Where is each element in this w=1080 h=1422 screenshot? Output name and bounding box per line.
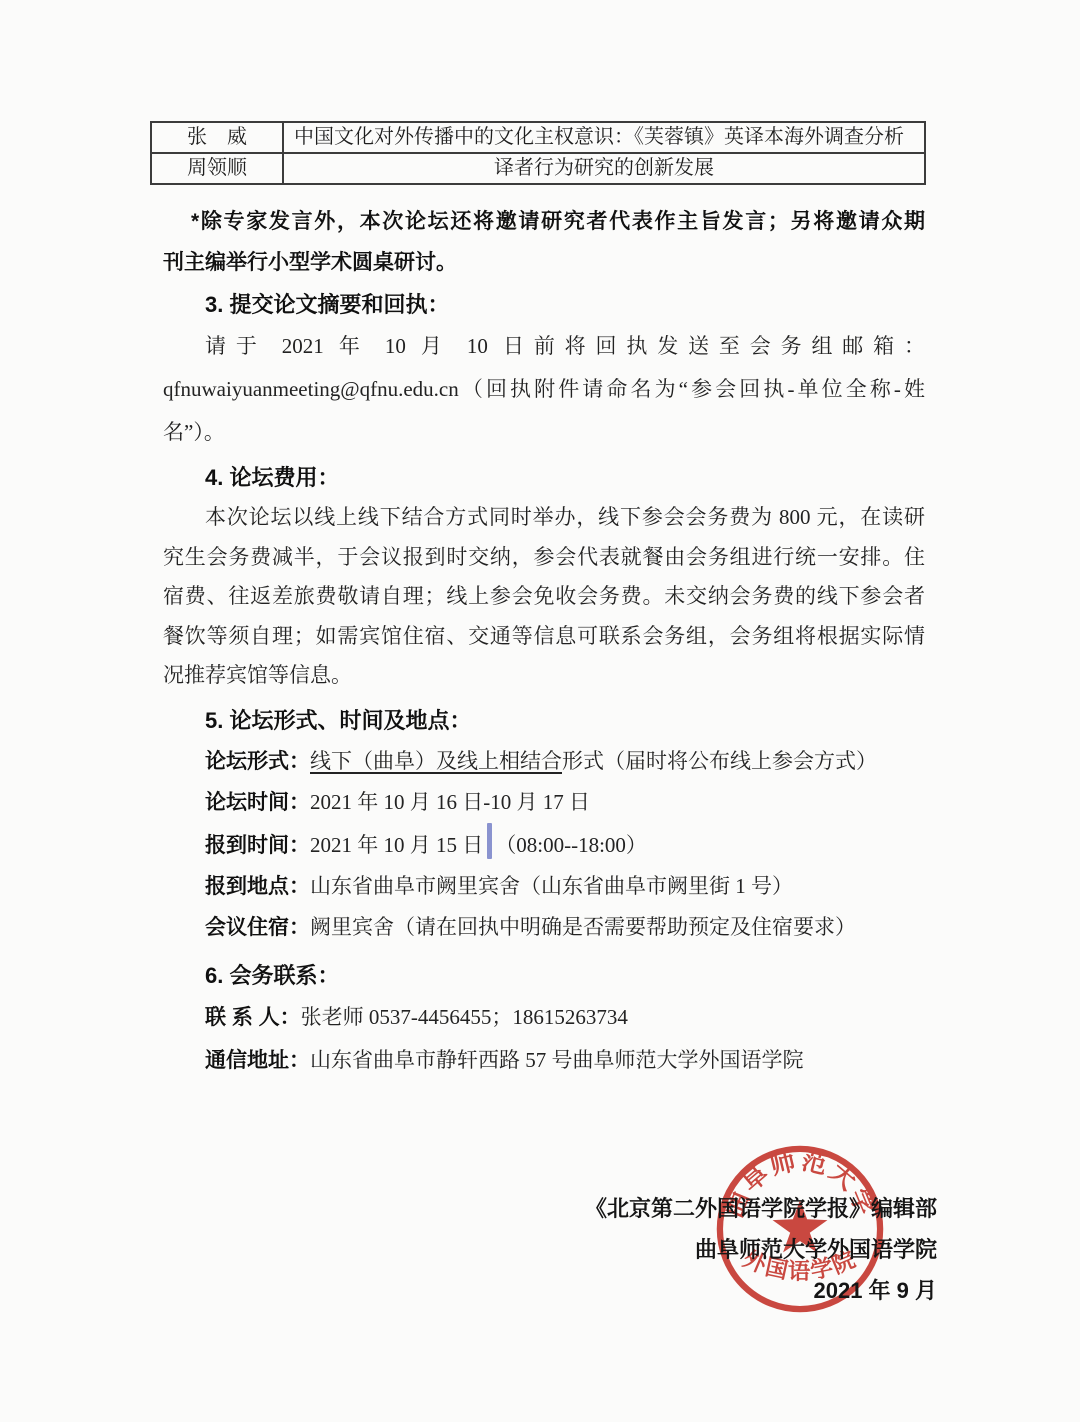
paragraph-line: 刊主编举行小型学术圆桌研讨。 bbox=[163, 242, 925, 283]
table-row: 周领顺 译者行为研究的创新发展 bbox=[151, 153, 925, 184]
topic-cell: 中国文化对外传播中的文化主权意识：《芙蓉镇》英译本海外调查分析 bbox=[283, 122, 925, 153]
forum-format-row: 论坛形式：线下（曲阜）及线上相结合形式（届时将公布线上参会方式） bbox=[205, 741, 925, 782]
paragraph-line: *除专家发言外，本次论坛还将邀请研究者代表作主旨发言；另将邀请众期 bbox=[163, 201, 925, 242]
signature-block: 《北京第二外国语学院学报》编辑部 曲阜师范大学外国语学院 2021 年 9 月 bbox=[163, 1188, 937, 1311]
mail-address-row: 通信地址：山东省曲阜市静轩西路 57 号曲阜师范大学外国语学院 bbox=[205, 1039, 925, 1082]
document-page: 曲阜师范大学 外国语学院 张 威 中国文化对外传播中的文化主权意识：《芙蓉镇》英… bbox=[0, 0, 1080, 1422]
paragraph-line: 宿费、往返差旅费敬请自理；线上参会免收会务费。未交纳会务费的线下参会者 bbox=[163, 577, 925, 617]
lodging-label: 会议住宿： bbox=[205, 916, 310, 939]
checkin-time-hours: （08:00--18:00） bbox=[495, 833, 647, 857]
forum-time-value: 2021 年 10 月 16 日-10 月 17 日 bbox=[310, 790, 590, 814]
paragraph-line: 究生会务费减半，于会议报到时交纳，参会代表就餐由会务组进行统一安排。住 bbox=[163, 538, 925, 578]
note-paragraph: *除专家发言外，本次论坛还将邀请研究者代表作主旨发言；另将邀请众期 刊主编举行小… bbox=[163, 201, 925, 283]
section-heading-contact: 6. 会务联系： bbox=[205, 956, 925, 996]
text-cursor bbox=[487, 823, 492, 859]
forum-time-row: 论坛时间：2021 年 10 月 16 日-10 月 17 日 bbox=[205, 782, 925, 823]
mail-address-label: 通信地址： bbox=[205, 1049, 310, 1072]
section-heading-format-time-place: 5. 论坛形式、时间及地点： bbox=[205, 701, 925, 741]
contact-person-label: 联 系 人： bbox=[205, 1006, 301, 1029]
paragraph-line: 本次论坛以线上线下结合方式同时举办，线下参会会务费为 800 元，在读研 bbox=[163, 498, 925, 538]
checkin-time-date: 2021 年 10 月 15 日 bbox=[310, 833, 483, 857]
contact-block: 联 系 人：张老师 0537-4456455；18615263734 通信地址：… bbox=[163, 996, 925, 1082]
checkin-place-row: 报到地点：山东省曲阜市阙里宾舍（山东省曲阜市阙里街 1 号） bbox=[205, 866, 925, 907]
mail-address-value: 山东省曲阜市静轩西路 57 号曲阜师范大学外国语学院 bbox=[310, 1048, 804, 1072]
topic-cell: 译者行为研究的创新发展 bbox=[283, 153, 925, 184]
section-heading-submission: 3. 提交论文摘要和回执： bbox=[205, 285, 925, 325]
fees-paragraph: 本次论坛以线上线下结合方式同时举办，线下参会会务费为 800 元，在读研 究生会… bbox=[163, 498, 925, 696]
forum-format-label: 论坛形式： bbox=[205, 750, 310, 773]
document-body: 张 威 中国文化对外传播中的文化主权意识：《芙蓉镇》英译本海外调查分析 周领顺 … bbox=[163, 121, 925, 1311]
forum-format-underlined: 线下（曲阜）及线上相结合 bbox=[310, 749, 562, 773]
signature-line-school: 曲阜师范大学外国语学院 bbox=[163, 1229, 937, 1270]
speakers-table: 张 威 中国文化对外传播中的文化主权意识：《芙蓉镇》英译本海外调查分析 周领顺 … bbox=[150, 121, 926, 185]
speaker-cell: 周领顺 bbox=[151, 153, 283, 184]
checkin-place-value: 山东省曲阜市阙里宾舍（山东省曲阜市阙里街 1 号） bbox=[310, 874, 793, 898]
lodging-value: 阙里宾舍（请在回执中明确是否需要帮助预定及住宿要求） bbox=[310, 915, 856, 939]
checkin-time-row: 报到时间：2021 年 10 月 15 日（08:00--18:00） bbox=[205, 823, 925, 866]
paragraph-line-email: qfnuwaiyuanmeeting@qfnu.edu.cn（回执附件请命名为“… bbox=[163, 368, 925, 411]
checkin-place-label: 报到地点： bbox=[205, 875, 310, 898]
paragraph-line: 名”）。 bbox=[163, 411, 925, 454]
submission-paragraph: 请于 2021 年 10 月 10 日前将回执发送至会务组邮箱： qfnuwai… bbox=[163, 325, 925, 454]
table-row: 张 威 中国文化对外传播中的文化主权意识：《芙蓉镇》英译本海外调查分析 bbox=[151, 122, 925, 153]
signature-line-date: 2021 年 9 月 bbox=[163, 1270, 937, 1311]
section-heading-fees: 4. 论坛费用： bbox=[205, 458, 925, 498]
contact-person-row: 联 系 人：张老师 0537-4456455；18615263734 bbox=[205, 996, 925, 1039]
paragraph-line: 请于 2021 年 10 月 10 日前将回执发送至会务组邮箱： bbox=[163, 325, 925, 368]
signature-line-editorial: 《北京第二外国语学院学报》编辑部 bbox=[163, 1188, 937, 1229]
forum-time-label: 论坛时间： bbox=[205, 791, 310, 814]
paragraph-line: 况推荐宾馆等信息。 bbox=[163, 656, 925, 696]
lodging-row: 会议住宿：阙里宾舍（请在回执中明确是否需要帮助预定及住宿要求） bbox=[205, 907, 925, 948]
contact-person-value: 张老师 0537-4456455；18615263734 bbox=[301, 1005, 628, 1029]
forum-format-rest: 形式（届时将公布线上参会方式） bbox=[562, 749, 877, 773]
speaker-cell: 张 威 bbox=[151, 122, 283, 153]
paragraph-line: 餐饮等须自理；如需宾馆住宿、交通等信息可联系会务组，会务组将根据实际情 bbox=[163, 617, 925, 657]
checkin-time-label: 报到时间： bbox=[205, 834, 310, 857]
